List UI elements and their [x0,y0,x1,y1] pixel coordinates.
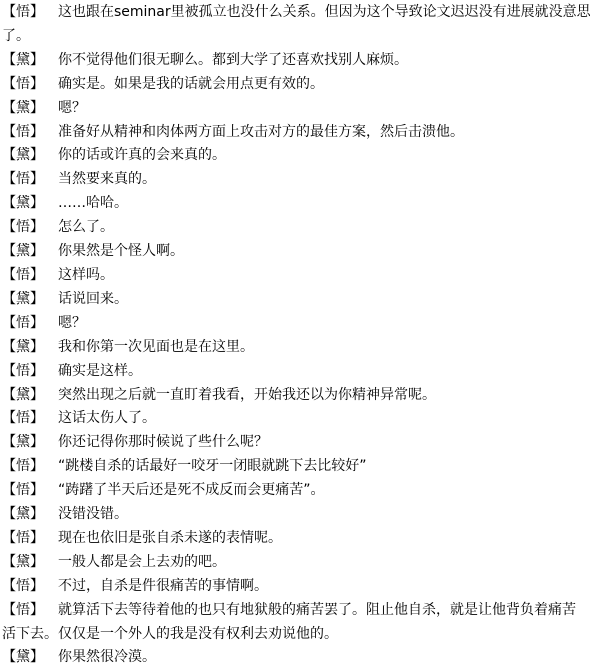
dialogue-line: 【黛】……哈哈。 [2,192,606,216]
dialogue-line: 【黛】我和你第一次见面也是在这里。 [2,336,606,360]
dialogue-page: 【悟】这也跟在seminar里被孤立也没什么关系。但因为这个导致论文迟迟没有进展… [0,0,608,669]
speaker-label: 【悟】 [2,363,44,379]
speaker-label: 【黛】 [2,243,44,259]
dialogue-line: 【悟】这话太伤人了。 [2,407,606,431]
dialogue-text: 这话太伤人了。 [58,410,156,426]
dialogue-text: 确实是这样。 [58,363,142,379]
dialogue-line: 【悟】准备好从精神和肉体两方面上攻击对方的最佳方案，然后击溃他。 [2,121,606,145]
speaker-label: 【悟】 [2,410,44,426]
speaker-label: 【悟】 [2,482,44,498]
dialogue-text: 突然出现之后就一直盯着我看，开始我还以为你精神异常呢。 [58,387,436,403]
dialogue-text: 你不觉得他们很无聊么。都到大学了还喜欢找别人麻烦。 [58,52,408,68]
speaker-label: 【黛】 [2,649,44,665]
dialogue-text: 我和你第一次见面也是在这里。 [58,339,254,355]
speaker-label: 【悟】 [2,171,44,187]
dialogue-text: 当然要来真的。 [58,171,156,187]
speaker-label: 【悟】 [2,578,44,594]
dialogue-text: ……哈哈。 [58,195,128,211]
dialogue-text: 这也跟在seminar里被孤立也没什么关系。但因为这个导致论文迟迟没有进展就没意… [2,4,591,44]
dialogue-line: 【黛】一般人都是会上去劝的吧。 [2,551,606,575]
dialogue-text: 就算活下去等待着他的也只有地狱般的痛苦罢了。阻止他自杀，就是让他背负着痛苦 活下… [2,602,576,642]
dialogue-text: 这样吗。 [58,267,114,283]
dialogue-text: 你的话或许真的会来真的。 [58,147,226,163]
dialogue-line: 【黛】你果然很冷漠。 [2,646,606,669]
dialogue-line: 【黛】你不觉得他们很无聊么。都到大学了还喜欢找别人麻烦。 [2,49,606,73]
dialogue-text: 怎么了。 [58,219,114,235]
dialogue-line: 【悟】这样吗。 [2,264,606,288]
speaker-label: 【悟】 [2,458,44,474]
speaker-label: 【悟】 [2,315,44,331]
speaker-label: 【黛】 [2,100,44,116]
speaker-label: 【黛】 [2,147,44,163]
dialogue-line: 【黛】突然出现之后就一直盯着我看，开始我还以为你精神异常呢。 [2,384,606,408]
dialogue-text: 话说回来。 [58,291,128,307]
speaker-label: 【黛】 [2,195,44,211]
dialogue-line: 【悟】确实是这样。 [2,360,606,384]
dialogue-text: 确实是。如果是我的话就会用点更有效的。 [58,76,324,92]
dialogue-line: 【悟】嗯？ [2,312,606,336]
dialogue-text: 现在也依旧是张自杀未遂的表情呢。 [58,530,282,546]
speaker-label: 【悟】 [2,76,44,92]
dialogue-text: “踌躇了半天后还是死不成反而会更痛苦”。 [58,482,325,498]
dialogue-line: 【黛】嗯？ [2,97,606,121]
dialogue-line: 【悟】不过，自杀是件很痛苦的事情啊。 [2,575,606,599]
dialogue-text: 不过，自杀是件很痛苦的事情啊。 [58,578,268,594]
dialogue-line: 【悟】就算活下去等待着他的也只有地狱般的痛苦罢了。阻止他自杀，就是让他背负着痛苦… [2,599,606,647]
speaker-label: 【悟】 [2,4,44,20]
dialogue-text: 你还记得你那时候说了些什么呢？ [58,434,268,450]
dialogue-line: 【悟】怎么了。 [2,216,606,240]
speaker-label: 【悟】 [2,530,44,546]
speaker-label: 【悟】 [2,219,44,235]
dialogue-line: 【黛】没错没错。 [2,503,606,527]
dialogue-text: 嗯？ [58,315,86,331]
dialogue-line: 【黛】话说回来。 [2,288,606,312]
dialogue-text: 准备好从精神和肉体两方面上攻击对方的最佳方案，然后击溃他。 [58,124,464,140]
speaker-label: 【悟】 [2,124,44,140]
dialogue-text: 你果然很冷漠。 [58,649,156,665]
dialogue-line: 【悟】这也跟在seminar里被孤立也没什么关系。但因为这个导致论文迟迟没有进展… [2,1,606,49]
dialogue-line: 【悟】当然要来真的。 [2,168,606,192]
dialogue-line: 【黛】你的话或许真的会来真的。 [2,144,606,168]
dialogue-line: 【悟】“踌躇了半天后还是死不成反而会更痛苦”。 [2,479,606,503]
dialogue-text: 嗯？ [58,100,86,116]
speaker-label: 【悟】 [2,267,44,283]
speaker-label: 【黛】 [2,339,44,355]
speaker-label: 【黛】 [2,52,44,68]
dialogue-text: 一般人都是会上去劝的吧。 [58,554,226,570]
dialogue-line: 【悟】确实是。如果是我的话就会用点更有效的。 [2,73,606,97]
speaker-label: 【黛】 [2,434,44,450]
speaker-label: 【黛】 [2,387,44,403]
dialogue-line: 【黛】你还记得你那时候说了些什么呢？ [2,431,606,455]
dialogue-line: 【黛】你果然是个怪人啊。 [2,240,606,264]
dialogue-text: “跳楼自杀的话最好一咬牙一闭眼就跳下去比较好” [58,458,367,474]
dialogue-line: 【悟】“跳楼自杀的话最好一咬牙一闭眼就跳下去比较好” [2,455,606,479]
dialogue-text: 没错没错。 [58,506,128,522]
dialogue-text: 你果然是个怪人啊。 [58,243,184,259]
speaker-label: 【悟】 [2,602,44,618]
speaker-label: 【黛】 [2,506,44,522]
speaker-label: 【黛】 [2,554,44,570]
dialogue-line: 【悟】现在也依旧是张自杀未遂的表情呢。 [2,527,606,551]
speaker-label: 【黛】 [2,291,44,307]
